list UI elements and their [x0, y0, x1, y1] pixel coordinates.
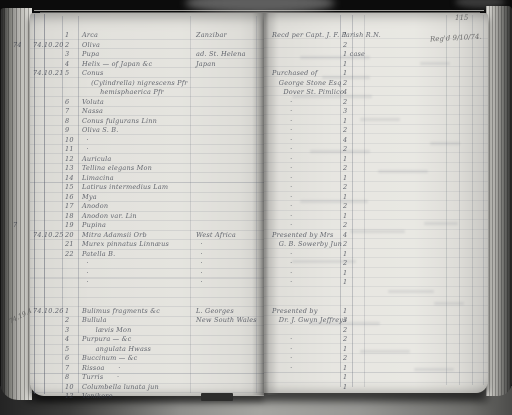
- ledger-photo: 1 Arca Zanzibar Recd per Capt. J. F. Par…: [0, 0, 512, 415]
- bleedthrough-smudge: [322, 76, 370, 79]
- column-line: [459, 15, 460, 385]
- bleedthrough-smudge: [434, 302, 464, 305]
- left-page-ruling: [30, 30, 264, 396]
- bleedthrough-smudge: [350, 230, 405, 233]
- column-line: [472, 15, 473, 385]
- page-top-edge-highlight: [34, 10, 484, 11]
- bleedthrough-smudge: [310, 322, 380, 325]
- bleedthrough-smudge: [378, 170, 428, 173]
- left-page: [30, 13, 264, 396]
- column-line: [256, 16, 257, 393]
- column-line: [190, 16, 191, 393]
- bleedthrough-smudge: [360, 350, 410, 353]
- bleedthrough-smudge: [300, 200, 368, 203]
- right-page-ruling: [264, 29, 488, 391]
- bleedthrough-smudge: [292, 260, 356, 263]
- bleedthrough-smudge: [424, 222, 458, 225]
- folio-number: 115: [455, 14, 468, 22]
- right-page: [264, 13, 488, 393]
- column-line: [78, 16, 79, 393]
- bleedthrough-smudge: [360, 118, 400, 121]
- column-line: [483, 15, 484, 385]
- bleedthrough-smudge: [300, 56, 370, 59]
- bleedthrough-smudge: [414, 368, 454, 371]
- bleedthrough-smudge: [420, 62, 450, 65]
- right-page-edges: [486, 6, 512, 396]
- left-page-edges: [0, 8, 32, 400]
- bleedthrough-smudge: [310, 150, 370, 153]
- column-line: [44, 14, 45, 394]
- column-line: [446, 15, 447, 385]
- column-line: [34, 14, 35, 394]
- bleedthrough-smudge: [388, 290, 434, 293]
- catalog-label: [201, 393, 233, 401]
- bleedthrough-smudge: [430, 142, 460, 145]
- bleedthrough-smudge: [292, 95, 372, 98]
- column-line: [62, 16, 63, 393]
